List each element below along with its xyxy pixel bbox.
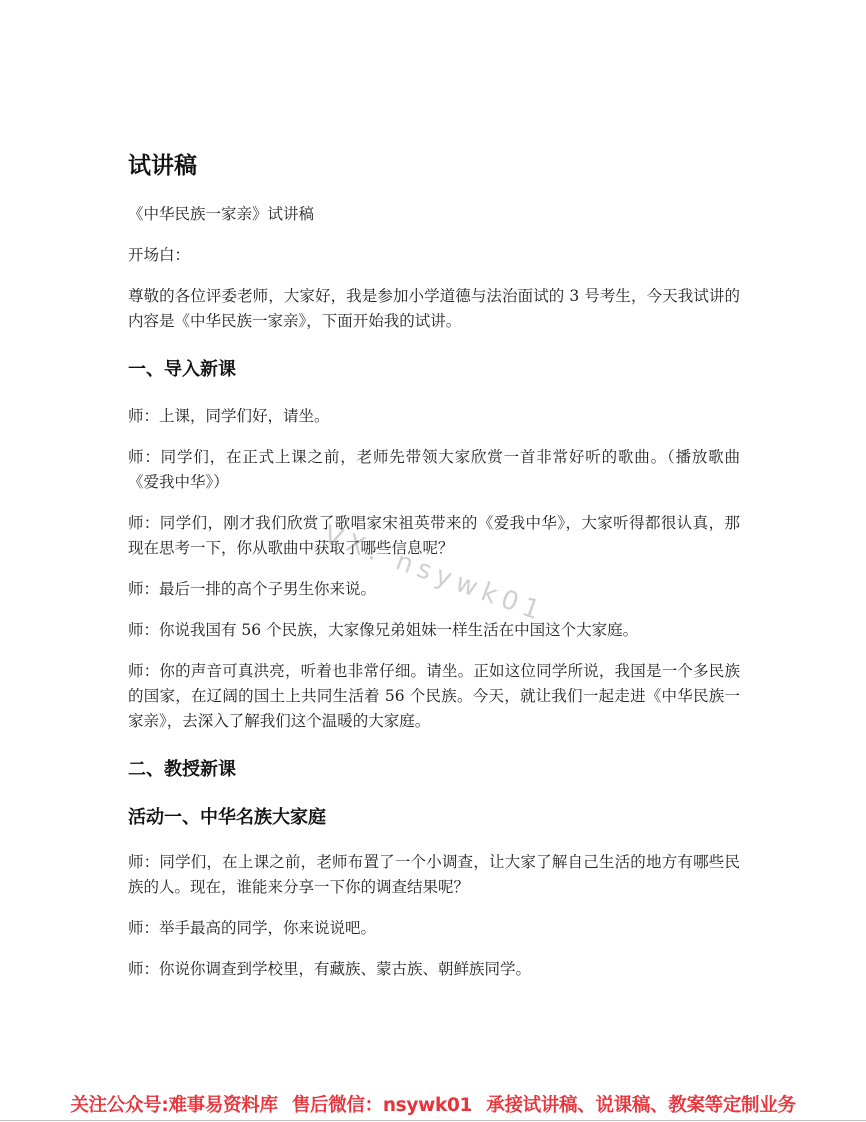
opening-paragraph: 尊敬的各位评委老师，大家好，我是参加小学道德与法治面试的 3 号考生，今天我试讲… <box>128 284 740 334</box>
footer-follow-text: 关注公众号:难事易资料库 <box>70 1095 277 1116</box>
section-heading-intro: 一、导入新课 <box>128 356 740 384</box>
footer-wechat-text: 售后微信：nsywk01 <box>292 1095 472 1116</box>
paragraph: 师：你的声音可真洪亮，听着也非常仔细。请坐。正如这位同学所说，我国是一个多民族的… <box>128 659 740 734</box>
document-page: 试讲稿 《中华民族一家亲》试讲稿 开场白： 尊敬的各位评委老师，大家好，我是参加… <box>0 0 866 1122</box>
paragraph: 师：同学们，在正式上课之前，老师先带领大家欣赏一首非常好听的歌曲。（播放歌曲《爱… <box>128 445 740 495</box>
document-title: 试讲稿 <box>128 150 740 182</box>
paragraph: 师：举手最高的同学，你来说说吧。 <box>128 916 740 941</box>
opening-label: 开场白： <box>128 243 740 268</box>
section-heading-new-lesson: 二、教授新课 <box>128 756 740 784</box>
paragraph: 师：同学们，刚才我们欣赏了歌唱家宋祖英带来的《爱我中华》，大家听得都很认真，那现… <box>128 511 740 561</box>
paragraph: 师：你说我国有 56 个民族，大家像兄弟姐妹一样生活在中国这个大家庭。 <box>128 618 740 643</box>
document-subtitle: 《中华民族一家亲》试讲稿 <box>128 202 740 227</box>
footer-promo-banner: 关注公众号:难事易资料库 售后微信：nsywk01 承接试讲稿、说课稿、教案等定… <box>0 1092 866 1120</box>
paragraph: 师：上课，同学们好，请坐。 <box>128 404 740 429</box>
activity-heading: 活动一、中华名族大家庭 <box>128 804 740 832</box>
footer-divider <box>0 1120 866 1121</box>
footer-service-text: 承接试讲稿、说课稿、教案等定制业务 <box>486 1095 795 1116</box>
document-body: 试讲稿 《中华民族一家亲》试讲稿 开场白： 尊敬的各位评委老师，大家好，我是参加… <box>128 150 740 998</box>
paragraph: 师：同学们，在上课之前，老师布置了一个小调查，让大家了解自己生活的地方有哪些民族… <box>128 850 740 900</box>
paragraph: 师：最后一排的高个子男生你来说。 <box>128 577 740 602</box>
paragraph: 师：你说你调查到学校里，有藏族、蒙古族、朝鲜族同学。 <box>128 957 740 982</box>
